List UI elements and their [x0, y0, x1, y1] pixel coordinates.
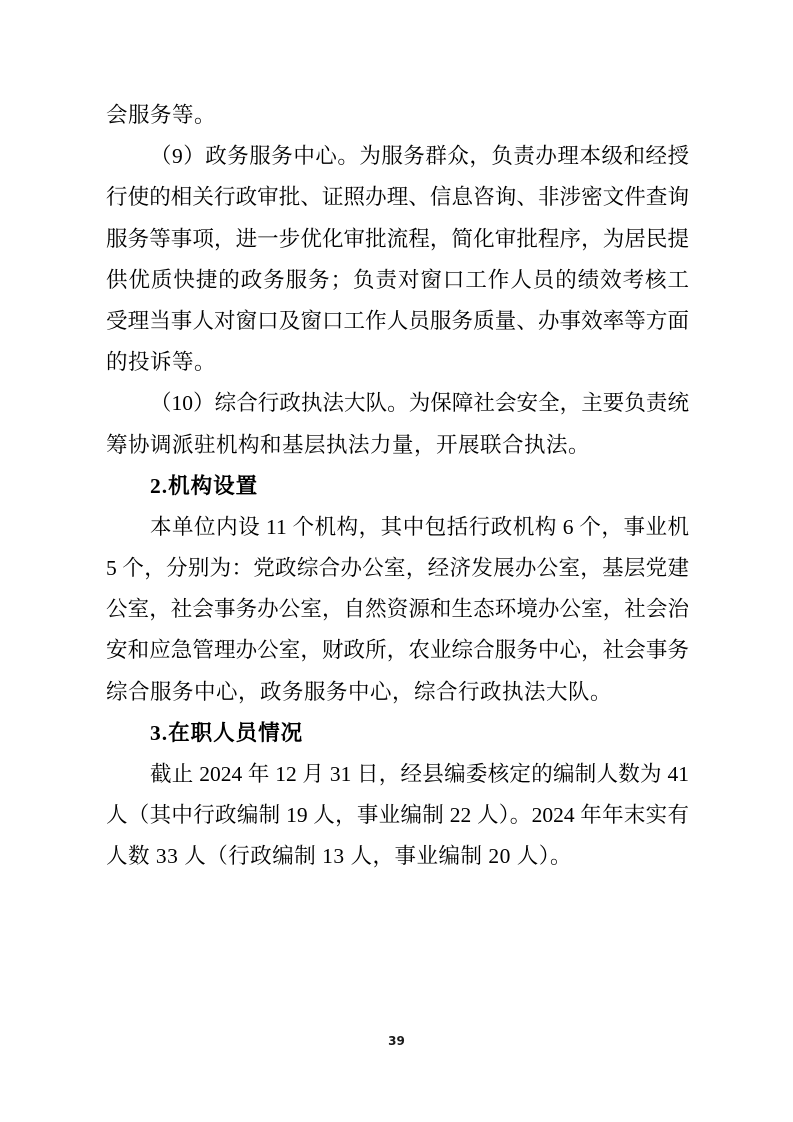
- text-line: 服务等事项，进一步优化审批流程，简化审批程序，为居民提: [106, 219, 689, 260]
- text-line: 会服务等。: [106, 95, 689, 136]
- text-line: 供优质快捷的政务服务；负责对窗口工作人员的绩效考核工作；: [106, 260, 689, 301]
- text-line: 人数 33 人（行政编制 13 人，事业编制 20 人）。: [106, 836, 689, 877]
- text-line: 安和应急管理办公室，财政所，农业综合服务中心，社会事务: [106, 630, 689, 671]
- text-line: 的投诉等。: [106, 342, 689, 383]
- text-line: 人（其中行政编制 19 人，事业编制 22 人）。2024 年年末实有: [106, 795, 689, 836]
- text-line: 截止 2024 年 12 月 31 日，经县编委核定的编制人数为 41: [106, 754, 689, 795]
- text-line: 行使的相关行政审批、证照办理、信息咨询、非涉密文件查询: [106, 177, 689, 218]
- text-line: 综合服务中心，政务服务中心，综合行政执法大队。: [106, 672, 689, 713]
- text-line: （9）政务服务中心。为服务群众，负责办理本级和经授权: [106, 136, 689, 177]
- text-line: （10）综合行政执法大队。为保障社会安全，主要负责统: [106, 383, 689, 424]
- text-line: 筹协调派驻机构和基层执法力量，开展联合执法。: [106, 425, 689, 466]
- section-heading: 2.机构设置: [106, 466, 689, 507]
- page-number: 39: [388, 1034, 405, 1048]
- section-heading: 3.在职人员情况: [106, 713, 689, 754]
- page-footer: 39: [0, 1032, 793, 1050]
- text-line: 受理当事人对窗口及窗口工作人员服务质量、办事效率等方面: [106, 301, 689, 342]
- document-body: 会服务等。（9）政务服务中心。为服务群众，负责办理本级和经授权行使的相关行政审批…: [106, 95, 689, 878]
- text-line: 本单位内设 11 个机构，其中包括行政机构 6 个，事业机构: [106, 507, 689, 548]
- document-page: 会服务等。（9）政务服务中心。为服务群众，负责办理本级和经授权行使的相关行政审批…: [0, 0, 793, 1122]
- text-line: 5 个，分别为：党政综合办公室，经济发展办公室，基层党建办: [106, 548, 689, 589]
- text-line: 公室，社会事务办公室，自然资源和生态环境办公室，社会治: [106, 589, 689, 630]
